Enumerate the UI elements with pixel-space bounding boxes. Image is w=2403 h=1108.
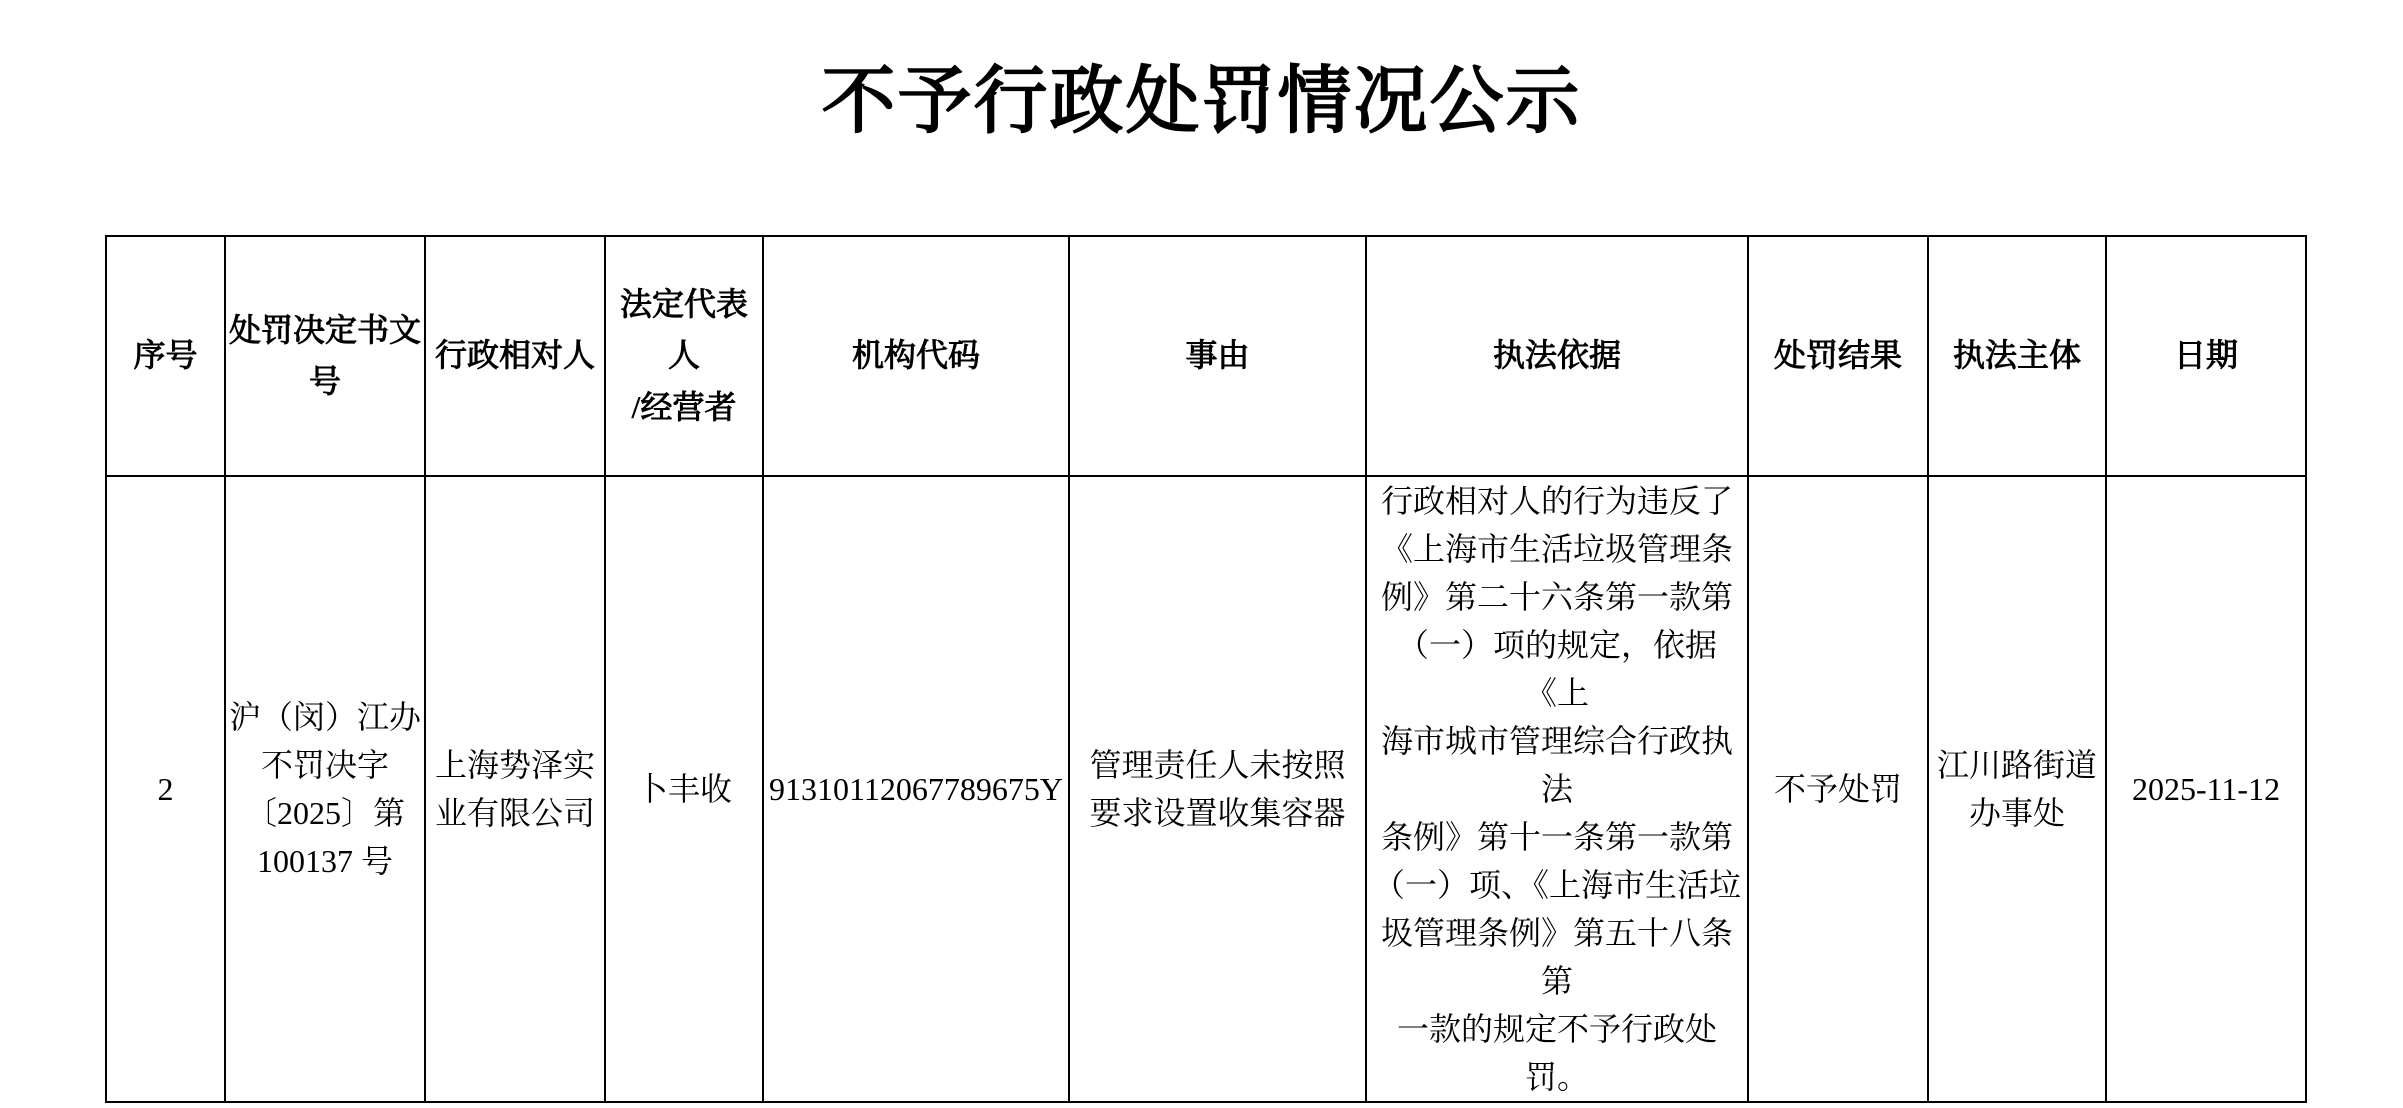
col-header-respondent: 行政相对人	[425, 236, 605, 476]
cell-respondent: 上海势泽实 业有限公司	[425, 476, 605, 1102]
cell-decision-number: 沪（闵）江办 不罚决字 〔2025〕第 100137 号	[225, 476, 425, 1102]
cell-enforcement-authority: 江川路街道 办事处	[1928, 476, 2106, 1102]
cell-reason: 管理责任人未按照 要求设置收集容器	[1069, 476, 1366, 1102]
col-header-index: 序号	[106, 236, 225, 476]
col-header-legal-basis: 执法依据	[1366, 236, 1748, 476]
cell-index: 2	[106, 476, 225, 1102]
cell-penalty-result: 不予处罚	[1748, 476, 1928, 1102]
cell-legal-representative: 卜丰收	[605, 476, 763, 1102]
col-header-reason: 事由	[1069, 236, 1366, 476]
col-header-org-code: 机构代码	[763, 236, 1069, 476]
col-header-legal-representative: 法定代表人 /经营者	[605, 236, 763, 476]
table-header-row: 序号 处罚决定书文 号 行政相对人 法定代表人 /经营者 机构代码 事由 执法依…	[106, 236, 2306, 476]
cell-legal-basis: 行政相对人的行为违反了 《上海市生活垃圾管理条 例》第二十六条第一款第 （一）项…	[1366, 476, 1748, 1102]
col-header-date: 日期	[2106, 236, 2306, 476]
table-row: 2 沪（闵）江办 不罚决字 〔2025〕第 100137 号 上海势泽实 业有限…	[106, 476, 2306, 1102]
col-header-enforcement-authority: 执法主体	[1928, 236, 2106, 476]
col-header-decision-number: 处罚决定书文 号	[225, 236, 425, 476]
page-title: 不予行政处罚情况公示	[0, 58, 2403, 143]
penalty-table: 序号 处罚决定书文 号 行政相对人 法定代表人 /经营者 机构代码 事由 执法依…	[105, 235, 2307, 1103]
cell-org-code: 91310112067789675Y	[763, 476, 1069, 1102]
cell-date: 2025-11-12	[2106, 476, 2306, 1102]
col-header-penalty-result: 处罚结果	[1748, 236, 1928, 476]
